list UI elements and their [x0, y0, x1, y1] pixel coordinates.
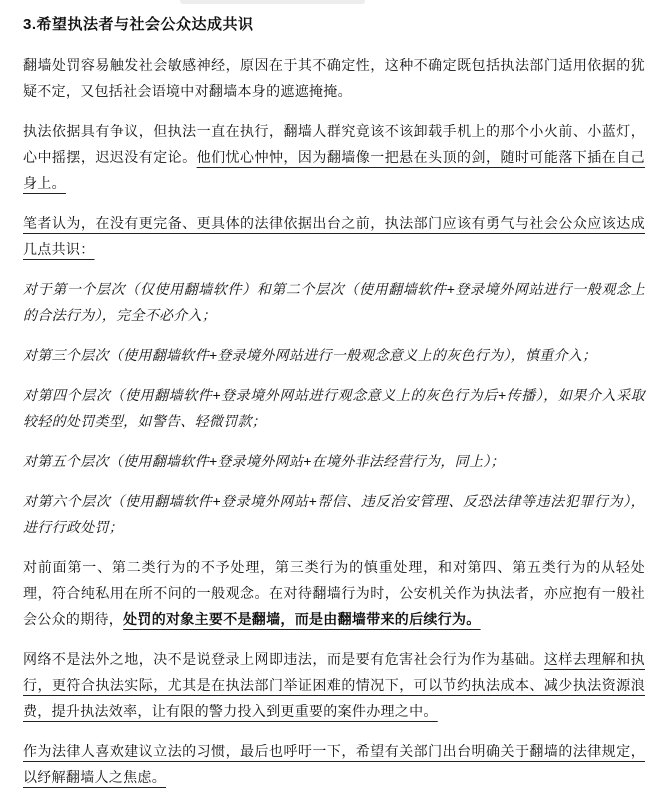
underlined-segment: 笔者认为，在没有更完备、更具体的法律依据出台之前，执法部门应该有勇气与社会公众应… — [23, 215, 645, 257]
paragraph-uncertainty: 翻墙处罚容易触发社会敏感神经，原因在于其不确定性，这种不确定既包括执法部门适用依… — [23, 52, 645, 104]
italic-segment: 对于第一个层次（仅使用翻墙软件）和第二个层次（使用翻墙软件+登录境外网站进行一般… — [23, 281, 645, 323]
paragraph-level-1-2: 对于第一个层次（仅使用翻墙软件）和第二个层次（使用翻墙软件+登录境外网站进行一般… — [23, 276, 645, 328]
paragraph-level-4: 对第四个层次（使用翻墙软件+登录境外网站进行观念意义上的灰色行为后+传播），如果… — [23, 382, 645, 434]
paragraph-author-proposal: 笔者认为，在没有更完备、更具体的法律依据出台之前，执法部门应该有勇气与社会公众应… — [23, 210, 645, 262]
cutoff-top-artifact — [180, 0, 365, 4]
section-heading: 3.希望执法者与社会公众达成共识 — [23, 14, 645, 36]
italic-segment: 对第五个层次（使用翻墙软件+登录境外网站+在境外非法经营行为，同上）； — [23, 453, 505, 469]
italic-segment: 对第三个层次（使用翻墙软件+登录境外网站进行一般观念意义上的灰色行为），慎重介入… — [23, 347, 596, 363]
article-page: 3.希望执法者与社会公众达成共识 翻墙处罚容易触发社会敏感神经，原因在于其不确定… — [0, 0, 668, 800]
bold-underlined-segment: 处罚的对象主要不是翻墙，而是由翻墙带来的后续行为。 — [123, 611, 481, 627]
text-segment: 网络不是法外之地，决不是说登录上网即违法，而是要有危害社会行为作为基础。 — [23, 651, 544, 667]
paragraph-level-5: 对第五个层次（使用翻墙软件+登录境外网站+在境外非法经营行为，同上）； — [23, 448, 645, 474]
underlined-segment: 作为法律人喜欢建议立法的习惯，最后也呼吁一下，希望有关部门出台明确关于翻墙的法律… — [23, 743, 645, 785]
paragraph-enforcement-dilemma: 执法依据具有争议，但执法一直在执行，翻墙人群究竟该不该卸载手机上的那个小火前、小… — [23, 118, 645, 196]
paragraph-level-6: 对第六个层次（使用翻墙软件+登录境外网站+帮信、违反治安管理、反恐法律等违法犯罪… — [23, 488, 645, 540]
italic-segment: 对第六个层次（使用翻墙软件+登录境外网站+帮信、违反治安管理、反恐法律等违法犯罪… — [23, 493, 645, 535]
paragraph-level-3: 对第三个层次（使用翻墙软件+登录境外网站进行一般观念意义上的灰色行为），慎重介入… — [23, 342, 645, 368]
paragraph-internet-not-lawless: 网络不是法外之地，决不是说登录上网即违法，而是要有危害社会行为作为基础。这样去理… — [23, 646, 645, 724]
italic-segment: 对第四个层次（使用翻墙软件+登录境外网站进行观念意义上的灰色行为后+传播），如果… — [23, 387, 645, 429]
paragraph-legislation-appeal: 作为法律人喜欢建议立法的习惯，最后也呼吁一下，希望有关部门出台明确关于翻墙的法律… — [23, 738, 645, 790]
section-heading-text: 3.希望执法者与社会公众达成共识 — [23, 16, 254, 33]
text-segment: 翻墙处罚容易触发社会敏感神经，原因在于其不确定性，这种不确定既包括执法部门适用依… — [23, 57, 645, 99]
paragraph-handling-summary: 对前面第一、第二类行为的不予处理，第三类行为的慎重处理，和对第四、第五类行为的从… — [23, 554, 645, 632]
